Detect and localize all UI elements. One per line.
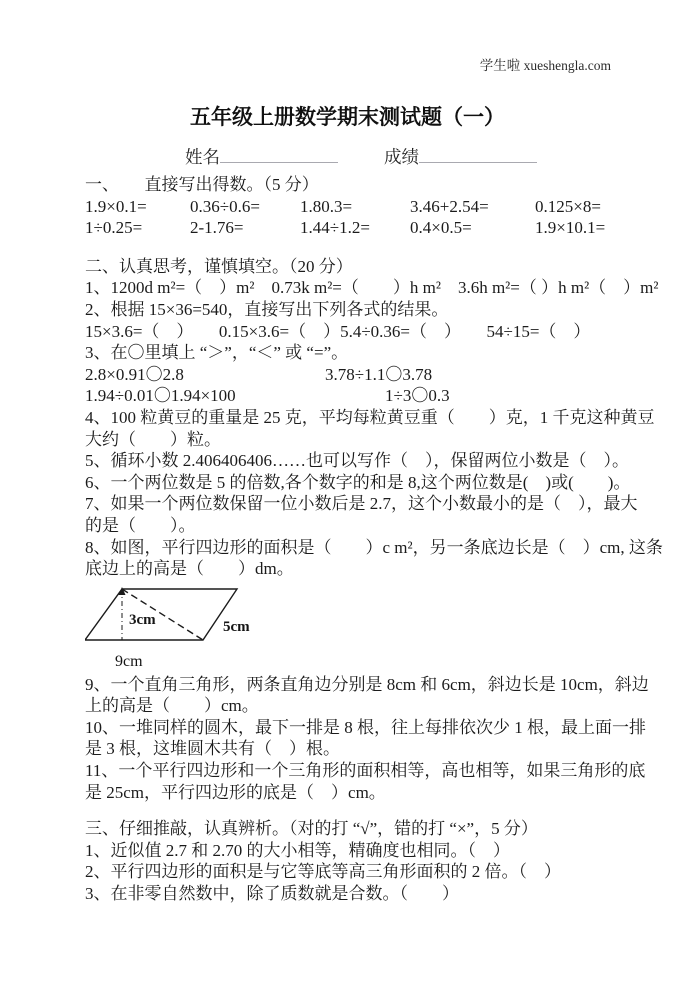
parallelogram-outline	[85, 589, 237, 640]
base-label: 9cm	[115, 653, 143, 670]
calc-item: 1.80.3=	[300, 196, 410, 218]
question-2-7-line-2: 的是（ ）。	[85, 515, 665, 537]
question-2-7-line-1: 7、如果一个两位数保留一位小数后是 2.7，这个小数最小的是（ ），最大	[85, 493, 665, 515]
calc-item: 1.9×0.1=	[85, 196, 190, 218]
calc-item: 1.9×10.1=	[535, 217, 665, 239]
test-paper-page: 学生啦 xueshengla.com 五年级上册数学期末测试题（一） 姓名成绩 …	[0, 0, 695, 982]
question-2-9-line-1: 9、一个直角三角形，两条直角边分别是 8cm 和 6cm，斜边长是 10cm，斜…	[85, 674, 665, 696]
section3-heading: 三、仔细推敲，认真辨析。（对的打 “√”，错的打 “×”，5 分）	[85, 818, 665, 840]
calc-item: 3.46+2.54=	[410, 196, 535, 218]
section-gap	[85, 239, 665, 256]
question-2-9-line-2: 上的高是（ ）cm。	[85, 695, 665, 717]
question-2-8-line-1: 8、如图，平行四边形的面积是（ ）c m²，另一条底边长是（ ）cm, 这条	[85, 537, 665, 559]
calc-item: 1÷0.25=	[85, 217, 190, 239]
calc-item: 0.4×0.5=	[410, 217, 535, 239]
question-2-4-line-2: 大约（ ）粒。	[85, 429, 665, 451]
question-2-2: 2、根据 15×36=540，直接写出下列各式的结果。	[85, 299, 665, 321]
question-3-3: 3、在非零自然数中，除了质数就是合数。（ ）	[85, 883, 665, 905]
question-3-2: 2、平行四边形的面积是与它等底等高三角形面积的 2 倍。（ ）	[85, 861, 665, 883]
section2-heading: 二、认真思考，谨慎填空。（20 分）	[85, 256, 665, 278]
parallelogram-svg: 3cm 5cm 9cm	[85, 582, 280, 672]
question-2-10-line-1: 10、一堆同样的圆木，最下一排是 8 根，往上每排依次少 1 根，最上面一排	[85, 717, 665, 739]
section-gap	[85, 803, 665, 818]
name-label: 姓名	[185, 147, 220, 167]
question-2-3: 3、在〇里填上 “＞”，“＜” 或 “=”。	[85, 342, 665, 364]
question-2-1: 1、1200d m²=（ ）m² 0.73k m²=（ ）h m² 3.6h m…	[85, 277, 665, 299]
question-2-4-line-1: 4、100 粒黄豆的重量是 25 克，平均每粒黄豆重（ ）克，1 千克这种黄豆	[85, 407, 665, 429]
height-label: 3cm	[129, 612, 156, 628]
section1-calc-row-1: 1.9×0.1= 0.36÷0.6= 1.80.3= 3.46+2.54= 0.…	[85, 196, 665, 218]
section1-calc-row-2: 1÷0.25= 2-1.76= 1.44÷1.2= 0.4×0.5= 1.9×1…	[85, 217, 665, 239]
question-2-5: 5、循环小数 2.406406406……也可以写作（ ），保留两位小数是（ ）。	[85, 450, 665, 472]
question-2-8-line-2: 底边上的高是（ ）dm。	[85, 558, 665, 580]
score-label: 成绩	[384, 147, 419, 167]
question-2-11-line-1: 11、一个平行四边形和一个三角形的面积相等，高也相等，如果三角形的底	[85, 760, 665, 782]
compare-row-2: 1.94÷0.01〇1.94×1001÷3〇0.3	[85, 385, 665, 407]
name-score-line: 姓名成绩	[185, 144, 695, 169]
site-watermark: 学生啦 xueshengla.com	[480, 54, 611, 74]
parallelogram-figure: 3cm 5cm 9cm	[85, 582, 665, 674]
compare-row-1: 2.8×0.91〇2.83.78÷1.1〇3.78	[85, 364, 665, 386]
calc-item: 2-1.76=	[190, 217, 300, 239]
section1-heading: 一、 直接写出得数。（5 分）	[85, 174, 665, 196]
question-3-1: 1、近似值 2.7 和 2.70 的大小相等，精确度也相同。（ ）	[85, 840, 665, 862]
question-2-6: 6、一个两位数是 5 的倍数,各个数字的和是 8,这个两位数是( )或( )。	[85, 472, 665, 494]
compare-item: 1÷3〇0.3	[385, 386, 450, 405]
question-2-2-calc: 15×3.6=（ ） 0.15×3.6=（ ）5.4÷0.36=（ ） 54÷1…	[85, 321, 665, 343]
side-label: 5cm	[223, 619, 250, 635]
name-blank-underline	[220, 147, 338, 163]
question-2-10-line-2: 是 3 根，这堆圆木共有（ ）根。	[85, 738, 665, 760]
compare-item: 2.8×0.91〇2.8	[85, 364, 325, 386]
calc-item: 0.125×8=	[535, 196, 665, 218]
question-2-11-line-2: 是 25cm，平行四边形的底是（ ）cm。	[85, 782, 665, 804]
score-blank-underline	[419, 147, 537, 163]
compare-item: 3.78÷1.1〇3.78	[325, 365, 432, 384]
calc-item: 1.44÷1.2=	[300, 217, 410, 239]
paper-body: 一、 直接写出得数。（5 分） 1.9×0.1= 0.36÷0.6= 1.80.…	[85, 174, 665, 905]
calc-item: 0.36÷0.6=	[190, 196, 300, 218]
compare-item: 1.94÷0.01〇1.94×100	[85, 385, 385, 407]
